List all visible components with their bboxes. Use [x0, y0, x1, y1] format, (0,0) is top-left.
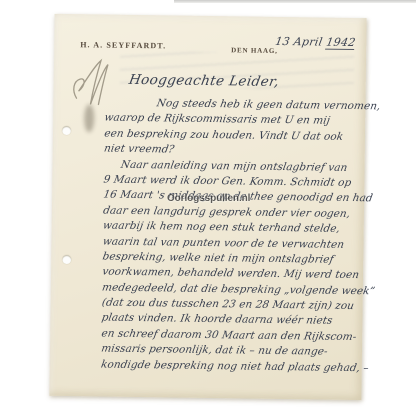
date-year: 1942: [325, 36, 357, 50]
letterhead-place: DEN HAAG,: [231, 46, 278, 55]
date-day-month: 13 April: [274, 35, 323, 49]
salutation: Hooggeachte Leider,: [128, 72, 281, 90]
letterhead-name: H. A. SEYFFARDT.: [80, 40, 166, 50]
letter-photo: H. A. SEYFFARDT. DEN HAAG, 13 April 1942…: [0, 0, 416, 416]
site-watermark: Oorlogsspullen.nl: [167, 193, 250, 204]
pencil-smudge: [84, 104, 94, 132]
hole-punch: [62, 255, 71, 264]
handwritten-date: 13 April 1942: [274, 35, 356, 49]
background-sheet-edge: [174, 0, 416, 3]
letter-sheet: H. A. SEYFFARDT. DEN HAAG, 13 April 1942…: [49, 14, 366, 400]
handwritten-line: kondigde bespreking nog niet had plaats …: [100, 357, 369, 376]
letter-body: Nog steeds heb ik geen datum vernomen, w…: [100, 96, 370, 377]
